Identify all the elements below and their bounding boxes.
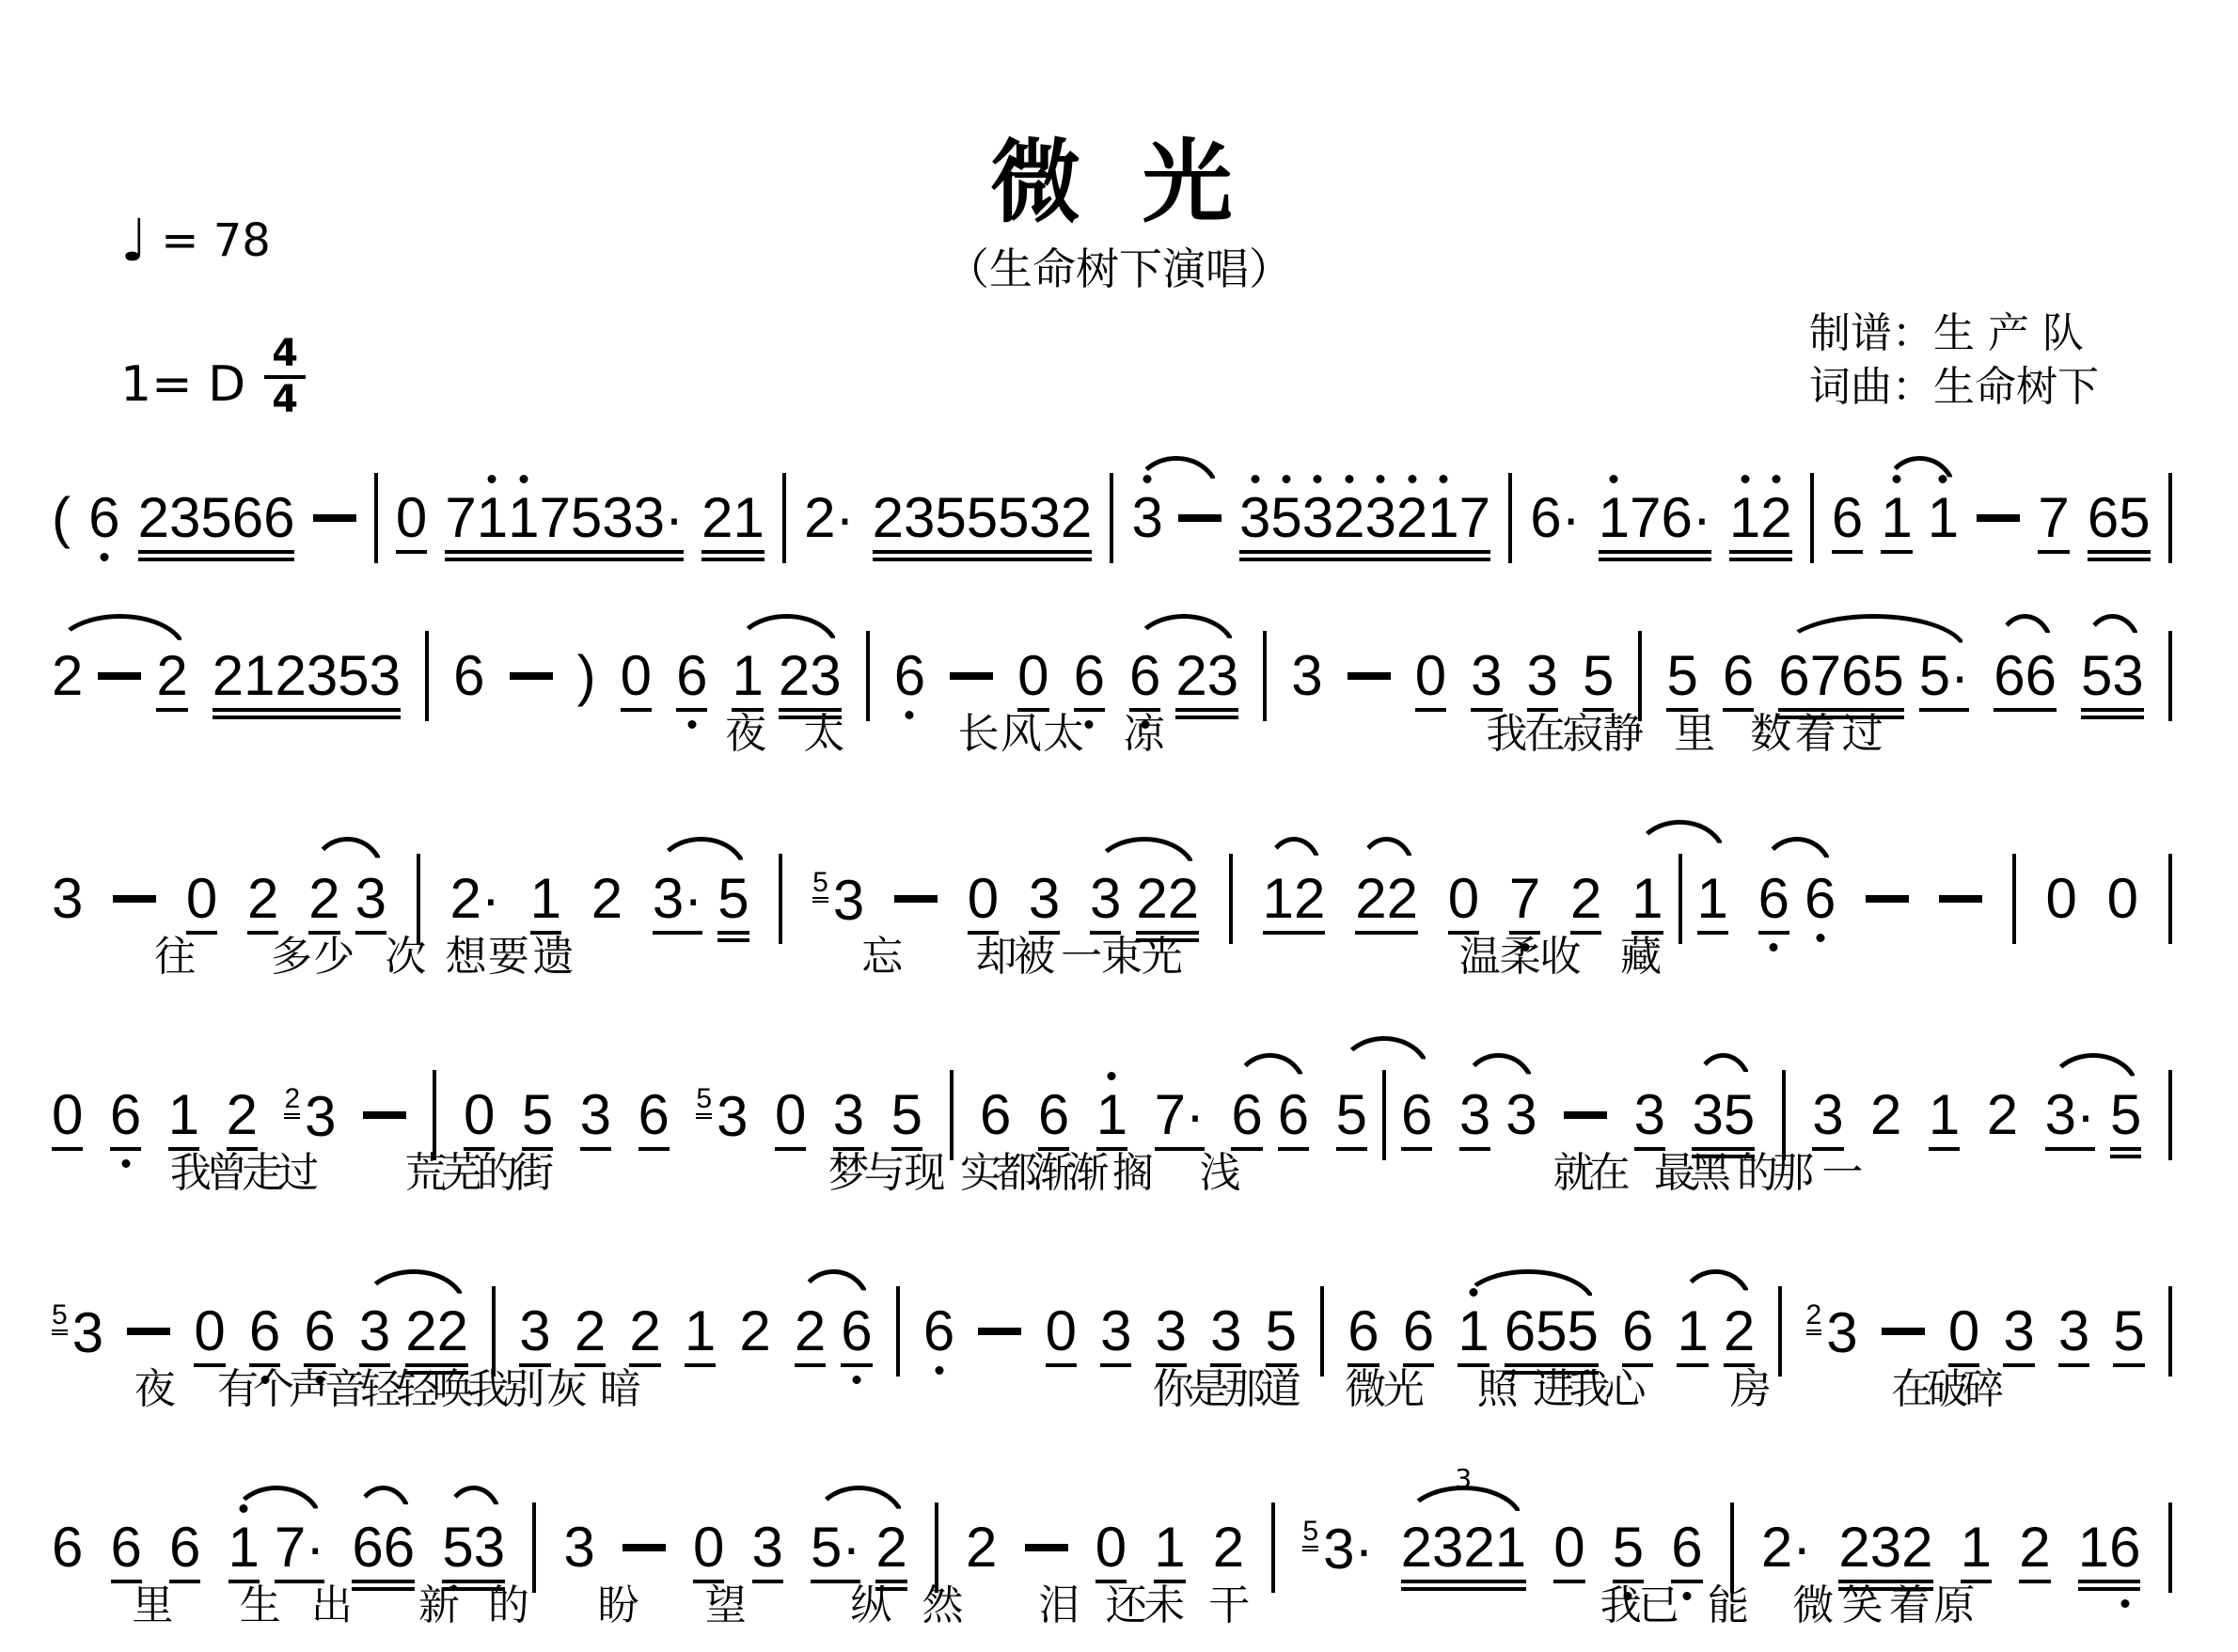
barline [779, 854, 782, 944]
note-char: 3 [1471, 648, 1502, 704]
note-token: 212353 [213, 648, 401, 704]
note-token: 5 [1583, 648, 1614, 704]
note-token: 3 [1210, 1303, 1241, 1360]
lyric-syllable: 然 [922, 1581, 964, 1630]
note-char: 7 [2038, 490, 2069, 546]
note-token: 22 [405, 1303, 468, 1360]
note-token: 2 [966, 1519, 997, 1576]
note-char: 2 [591, 871, 623, 927]
note-char: 3 [2112, 648, 2143, 704]
note-char: 1 [1495, 1519, 1526, 1576]
note-char: 6 [111, 1519, 142, 1576]
octave-dot-above [1108, 1072, 1116, 1080]
lyric-syllable: 次 [385, 933, 426, 982]
note-token: 7117533· [445, 490, 684, 546]
barline [1229, 854, 1233, 944]
note-token: 2· [449, 871, 499, 927]
barline [2168, 1286, 2172, 1377]
note-char: 2 [966, 1519, 997, 1576]
note-char: 0 [194, 1303, 225, 1360]
note-token: 6 [1832, 490, 1863, 546]
barline [1508, 473, 1512, 563]
notation-row: 530663223221226603335661655612230335 [0, 1284, 2238, 1378]
note-token: 23 [284, 1085, 336, 1145]
lyric-syllable: 现 [905, 1149, 946, 1198]
note-char: 5 [1919, 648, 1950, 704]
note-token: 6 [1758, 871, 1789, 927]
note-char: 0 [1948, 1303, 1979, 1360]
note-char: 6 [352, 1519, 383, 1576]
note-char: 6 [1231, 1087, 1262, 1143]
note-token: 3 [52, 871, 83, 927]
note-char: 2 [1401, 1519, 1432, 1576]
note-token: 1 [1677, 1303, 1708, 1360]
octave-dot-above [1251, 475, 1259, 483]
note-token: 3· [653, 871, 702, 927]
sustain-dash [113, 895, 156, 903]
note-char: 1 [508, 490, 539, 546]
note-char: 3 [305, 1089, 336, 1145]
note-char: 0 [1553, 1519, 1584, 1576]
note-char: 6 [232, 490, 263, 546]
note-char: 3 [1291, 648, 1322, 704]
note-char: 6 [2109, 1519, 2140, 1576]
note-token: 6 [676, 648, 707, 704]
lyric-syllable: 心 [1604, 1365, 1646, 1414]
note-char: 6 [1278, 1087, 1309, 1143]
sustain-dash [623, 1544, 666, 1551]
note-char: 6 [1129, 648, 1160, 704]
slur-group: 12 [1677, 1303, 1755, 1360]
lyric-syllable: 能 [1708, 1581, 1749, 1630]
slur-group: 3 [1131, 490, 1221, 546]
note-token: 1 [1881, 490, 1912, 546]
note-char: 2 [1463, 1519, 1494, 1576]
note-char: 2 [795, 1303, 826, 1360]
note-token: 0 [52, 1087, 83, 1143]
key-signature: 1= D 4 4 [120, 350, 306, 419]
note-char: 5 [967, 490, 998, 546]
note-char: 2 [701, 490, 733, 546]
note-char: 5 [811, 1519, 842, 1576]
slur-group: 33 [1459, 1087, 1537, 1143]
octave-dot-above [1314, 475, 1322, 483]
lyric-syllable: 夜 [134, 1365, 176, 1414]
slur-group: 53 [442, 1519, 505, 1576]
note-char: 6 [1778, 648, 1809, 704]
sustain-dash [363, 1111, 406, 1119]
lyric-syllable: 太 [803, 710, 844, 759]
note-token: 2 [575, 1303, 606, 1360]
rhythm-underline [1599, 550, 1711, 554]
note-char: 3 [474, 1519, 505, 1576]
note-token: 6765 [1778, 648, 1904, 704]
note-token: 6 [304, 1303, 335, 1360]
note-char: 1 [1729, 490, 1760, 546]
barline [935, 1503, 938, 1593]
lyrics-row: 夜太长风太凉我在寂静里数着过 [0, 710, 2238, 759]
note-char: 2 [779, 648, 810, 704]
note-token: 6 [841, 1303, 872, 1360]
note-token: 2 [875, 1519, 906, 1576]
lyric-syllable: 风 [1001, 710, 1042, 759]
note-token: 6 [980, 1087, 1011, 1143]
rhythm-underline [873, 550, 1093, 554]
note-token: 3 [1156, 1303, 1187, 1360]
note-token: 0 [621, 648, 652, 704]
notation-row: 302232·123·553033221222072116600 [0, 852, 2238, 946]
note-char: · [665, 490, 684, 546]
lyric-syllable: 多 [271, 933, 312, 982]
note-char: 7 [275, 1519, 306, 1576]
rhythm-underline [1729, 558, 1792, 561]
note-token: 3 [355, 871, 386, 927]
note-token: 0 [2107, 871, 2138, 927]
note-char: 2 [1901, 1519, 1932, 1576]
octave-dot-above [488, 475, 496, 483]
note-char: 0 [52, 1087, 83, 1143]
barline [1638, 631, 1642, 721]
note-char: 3 [1527, 648, 1558, 704]
sustain-dash [1564, 1111, 1607, 1119]
slur-group: 67655· [1778, 648, 1969, 704]
note-char: 5 [200, 490, 231, 546]
note-char: 6 [304, 1303, 335, 1360]
note-token: 2· [1761, 1519, 1811, 1576]
lyrics-row: 我曾走过荒芜的街梦与现实都渐渐搁浅就在最黑的那一 [0, 1149, 2238, 1198]
lyric-syllable: 数 [1750, 710, 1791, 759]
note-char: 3 [1323, 1521, 1354, 1578]
note-token: 22 [1136, 871, 1199, 927]
barline [1810, 473, 1814, 563]
octave-dot-above [1439, 475, 1447, 483]
lyric-syllable: 我 [1600, 1581, 1642, 1630]
octave-dot-above [1143, 475, 1152, 483]
note-char: 7 [445, 490, 476, 546]
lyric-syllable: 照 [1477, 1365, 1519, 1414]
note-token: 35 [1692, 1087, 1755, 1143]
barline [2168, 473, 2172, 563]
note-char: 0 [1017, 648, 1048, 704]
note-token: 6 [1074, 648, 1105, 704]
note-token: 3 [752, 1519, 783, 1576]
note-token: 0 [2045, 871, 2076, 927]
rhythm-underline [1729, 550, 1792, 554]
rhythm-underline [445, 550, 684, 554]
note-char: 5 [2119, 490, 2150, 546]
lyric-syllable: 街 [512, 1149, 554, 1198]
note-token: 66 [352, 1519, 415, 1576]
note-token: 3 [519, 1303, 550, 1360]
music-system: 302232·123·553033221222072116600往多少次想要遗忘… [0, 852, 2238, 946]
lyric-syllable: 里 [132, 1581, 173, 1630]
note-token: 23 [1175, 648, 1238, 704]
note-char: 0 [1448, 871, 1479, 927]
note-char: 3 [1459, 1087, 1490, 1143]
note-char: 3 [1210, 1303, 1241, 1360]
note-char: 3 [653, 871, 684, 927]
note-token: 53 [696, 1085, 748, 1145]
note-char: 3 [1870, 1519, 1901, 1576]
barline [1263, 631, 1267, 721]
note-char: 2 [804, 490, 835, 546]
note-char: 6 [894, 648, 925, 704]
note-char: 6 [1401, 1087, 1432, 1143]
slur-group: 11 [1631, 854, 1728, 944]
octave-dot-above [1610, 475, 1618, 483]
lyric-syllable: 着 [1795, 710, 1836, 759]
note-token: 0 [1948, 1303, 1979, 1360]
note-token: 21 [701, 490, 764, 546]
note-token: ) [577, 648, 596, 704]
note-char: 3 [2003, 1303, 2034, 1360]
octave-dot-above [1772, 475, 1780, 483]
note-token: 2 [247, 871, 278, 927]
note-char: 2 [247, 871, 278, 927]
rhythm-underline [701, 550, 764, 554]
barline [1320, 1286, 1324, 1377]
note-char: · [1186, 1087, 1205, 1143]
sheet-music-page: ♩ = 78 微 光 （生命树下演唱） 1= D 4 4 制谱：生 产 队 词曲… [0, 0, 2238, 1652]
note-token: 0 [1415, 648, 1446, 704]
lyric-syllable: 光 [1383, 1365, 1425, 1414]
note-char: ) [577, 648, 596, 704]
note-char: 6 [1805, 871, 1836, 927]
note-char: 2 [213, 648, 244, 704]
note-char: · [481, 871, 500, 927]
rhythm-underline [1239, 558, 1490, 561]
lyric-syllable: 藏 [1620, 933, 1662, 982]
note-char: 3 [580, 1087, 611, 1143]
slur-group: 11 [1881, 490, 1959, 546]
note-token: 6 [111, 1519, 142, 1576]
rhythm-underline [138, 550, 295, 554]
note-char: 5 [2081, 648, 2112, 704]
note-token: 5 [1336, 1087, 1367, 1143]
note-char: 0 [1095, 1519, 1127, 1576]
lyric-syllable: 被 [1014, 933, 1055, 982]
note-token: 6 [110, 1087, 141, 1143]
note-token: 5 [891, 1087, 922, 1143]
note-char: 2 [227, 1087, 258, 1143]
note-char: 2 [1168, 871, 1199, 927]
note-token: 53 [812, 869, 864, 929]
lyric-syllable: 想 [446, 933, 487, 982]
lyric-syllable: 在 [1589, 1149, 1631, 1198]
sustain-dash [1882, 1328, 1925, 1335]
lyric-syllable: 遗 [532, 933, 574, 982]
lyrics-row: 里生出新的盼望纵然泪还未干我已能微笑着原 [0, 1581, 2238, 1630]
note-token: 1 [1096, 1087, 1127, 1143]
note-char: 7 [1810, 648, 1841, 704]
note-char: 3 [2058, 1303, 2089, 1360]
note-char: 0 [621, 648, 652, 704]
lyric-syllable: 与 [864, 1149, 906, 1198]
note-token: 5 [1266, 1303, 1297, 1360]
note-char: 2 [1355, 871, 1386, 927]
note-char: 2 [1396, 490, 1427, 546]
note-char: 3 [1207, 648, 1238, 704]
lyric-syllable: 望 [705, 1581, 747, 1630]
slur-group: 22 [1355, 871, 1418, 927]
note-token: 3 [1527, 648, 1558, 704]
note-token: 0 [1017, 648, 1048, 704]
note-char: 2 [875, 1519, 906, 1576]
lyric-syllable: 的 [488, 1581, 529, 1630]
note-char: · [1950, 648, 1969, 704]
note-char: 3 [1029, 490, 1060, 546]
note-char: · [1562, 490, 1581, 546]
note-char: 3 [359, 1303, 390, 1360]
tuplet-group: 2321 [1401, 1519, 1527, 1576]
rhythm-underline [701, 558, 764, 561]
note-char: 3 [904, 490, 935, 546]
note-token: 6 [1401, 1087, 1432, 1143]
note-token: 5 [1666, 648, 1697, 704]
lyrics-row: 往多少次想要遗忘却被一束光温柔收藏 [0, 933, 2238, 982]
note-char: 6 [1348, 1303, 1379, 1360]
lyric-syllable: 忘 [861, 933, 903, 982]
note-token: 2 [52, 648, 83, 704]
note-char: 2 [1870, 1087, 1901, 1143]
rhythm-underline [1881, 550, 1912, 554]
note-char: 1 [1154, 1519, 1185, 1576]
lyric-syllable: 长 [958, 710, 1000, 759]
note-char: 6 [1723, 648, 1754, 704]
note-token: 5 [2113, 1303, 2144, 1360]
note-char: 1 [229, 1519, 260, 1576]
notation-row: 222123536)06123606623303355667655·6653 [0, 629, 2238, 723]
lyric-syllable: 里 [1674, 710, 1715, 759]
sustain-dash [1939, 895, 1982, 903]
slur-group: 123 [732, 648, 841, 704]
note-token: 1 [1154, 1519, 1185, 1576]
note-char: 6 [1994, 648, 2025, 704]
note-char: 6 [980, 1087, 1011, 1143]
note-char: 6 [88, 490, 119, 546]
note-char: 1 [1263, 871, 1294, 927]
note-char: 6 [638, 1087, 670, 1143]
note-token: 2 [308, 871, 339, 927]
note-token: 6 [249, 1303, 280, 1360]
note-token: 6 [638, 1087, 670, 1143]
note-char: 0 [464, 1087, 495, 1143]
note-char: 3 [1505, 1087, 1537, 1143]
lyric-syllable: 过 [1842, 710, 1883, 759]
note-char: 5 [442, 1519, 473, 1576]
slur-group: 23 [308, 871, 386, 927]
note-char: 5 [571, 490, 602, 546]
slur-group: 3·5 [2045, 1087, 2142, 1143]
note-char: 6 [1622, 1303, 1653, 1360]
note-token: 2355532 [873, 490, 1093, 546]
barline [1678, 854, 1682, 944]
note-token: 2 [1987, 1087, 2018, 1143]
slur-group: 322 [1090, 871, 1199, 927]
lyric-syllable: 往 [154, 933, 196, 982]
note-char: 1 [1677, 1303, 1708, 1360]
note-char: 6 [1505, 1303, 1536, 1360]
note-token: 3 [2058, 1303, 2089, 1360]
note-token: 3 [833, 1087, 864, 1143]
note-char: 7 [1509, 871, 1540, 927]
note-char: 1 [477, 490, 508, 546]
note-char: 1 [732, 648, 763, 704]
note-char: 3 [370, 648, 401, 704]
note-char: 5 [935, 490, 966, 546]
performer-subtitle: （生命树下演唱） [0, 235, 2238, 297]
lyric-syllable: 少 [313, 933, 355, 982]
note-token: 6 [453, 648, 484, 704]
sustain-dash [127, 1328, 170, 1335]
note-token: 6 [1622, 1303, 1653, 1360]
rhythm-underline [138, 558, 295, 561]
note-token: 6 [1403, 1303, 1434, 1360]
note-char: 5 [891, 1087, 922, 1143]
note-char: · [835, 490, 854, 546]
note-token: 5· [1919, 648, 1969, 704]
music-system: 530663223221226603335661655612230335夜有个声… [0, 1284, 2238, 1378]
note-token: 2 [795, 1303, 826, 1360]
note-char: 3 [1364, 490, 1395, 546]
lyric-syllable: 未 [1143, 1581, 1185, 1630]
sustain-dash [1025, 1544, 1068, 1551]
note-char: 3 [1156, 1303, 1187, 1360]
barline [532, 1503, 536, 1593]
slur-group: 66 [1758, 871, 1836, 927]
note-char: 6 [1841, 648, 1872, 704]
note-token: 7 [1509, 871, 1540, 927]
note-char: · [842, 1519, 860, 1576]
note-token: 23 [779, 648, 842, 704]
note-char: 3 [52, 871, 83, 927]
note-char: 2 [1987, 1087, 2018, 1143]
barline [417, 854, 420, 944]
note-token: 66 [1994, 648, 2057, 704]
note-char: 1 [685, 1303, 716, 1360]
barline [950, 1070, 954, 1160]
notation-row: 0612230536530356617·66563333532123·5 [0, 1068, 2238, 1162]
note-token: 6 [1348, 1303, 1379, 1360]
note-char: · [684, 871, 702, 927]
lyric-syllable: 搁 [1112, 1149, 1154, 1198]
note-token: 5· [811, 1519, 860, 1576]
note-char: 3 [1634, 1087, 1665, 1143]
time-signature-denominator: 4 [272, 379, 298, 419]
note-char: 6 [1530, 490, 1561, 546]
note-token: 12 [1263, 871, 1326, 927]
lyric-syllable: 别 [504, 1365, 545, 1414]
note-token: 1 [1928, 490, 1959, 546]
sustain-dash [98, 672, 141, 680]
note-token: ( [52, 490, 71, 546]
note-token: 6 [1231, 1087, 1262, 1143]
note-token: 6 [52, 1519, 83, 1576]
note-token: 232 [1838, 1519, 1932, 1576]
time-signature-numerator: 4 [264, 335, 306, 379]
note-token: 1 [1697, 871, 1728, 927]
note-char: 5 [1666, 648, 1697, 704]
octave-dot-above [1408, 475, 1416, 483]
note-char: 2 [1760, 490, 1791, 546]
sustain-dash [1348, 672, 1391, 680]
note-token: 23 [1806, 1301, 1858, 1361]
key-tonic: 1= D [120, 356, 245, 413]
octave-dot-above [1283, 475, 1291, 483]
note-char: 1 [168, 1087, 199, 1143]
note-token: 3 [1459, 1087, 1490, 1143]
octave-dot-above [1741, 475, 1749, 483]
